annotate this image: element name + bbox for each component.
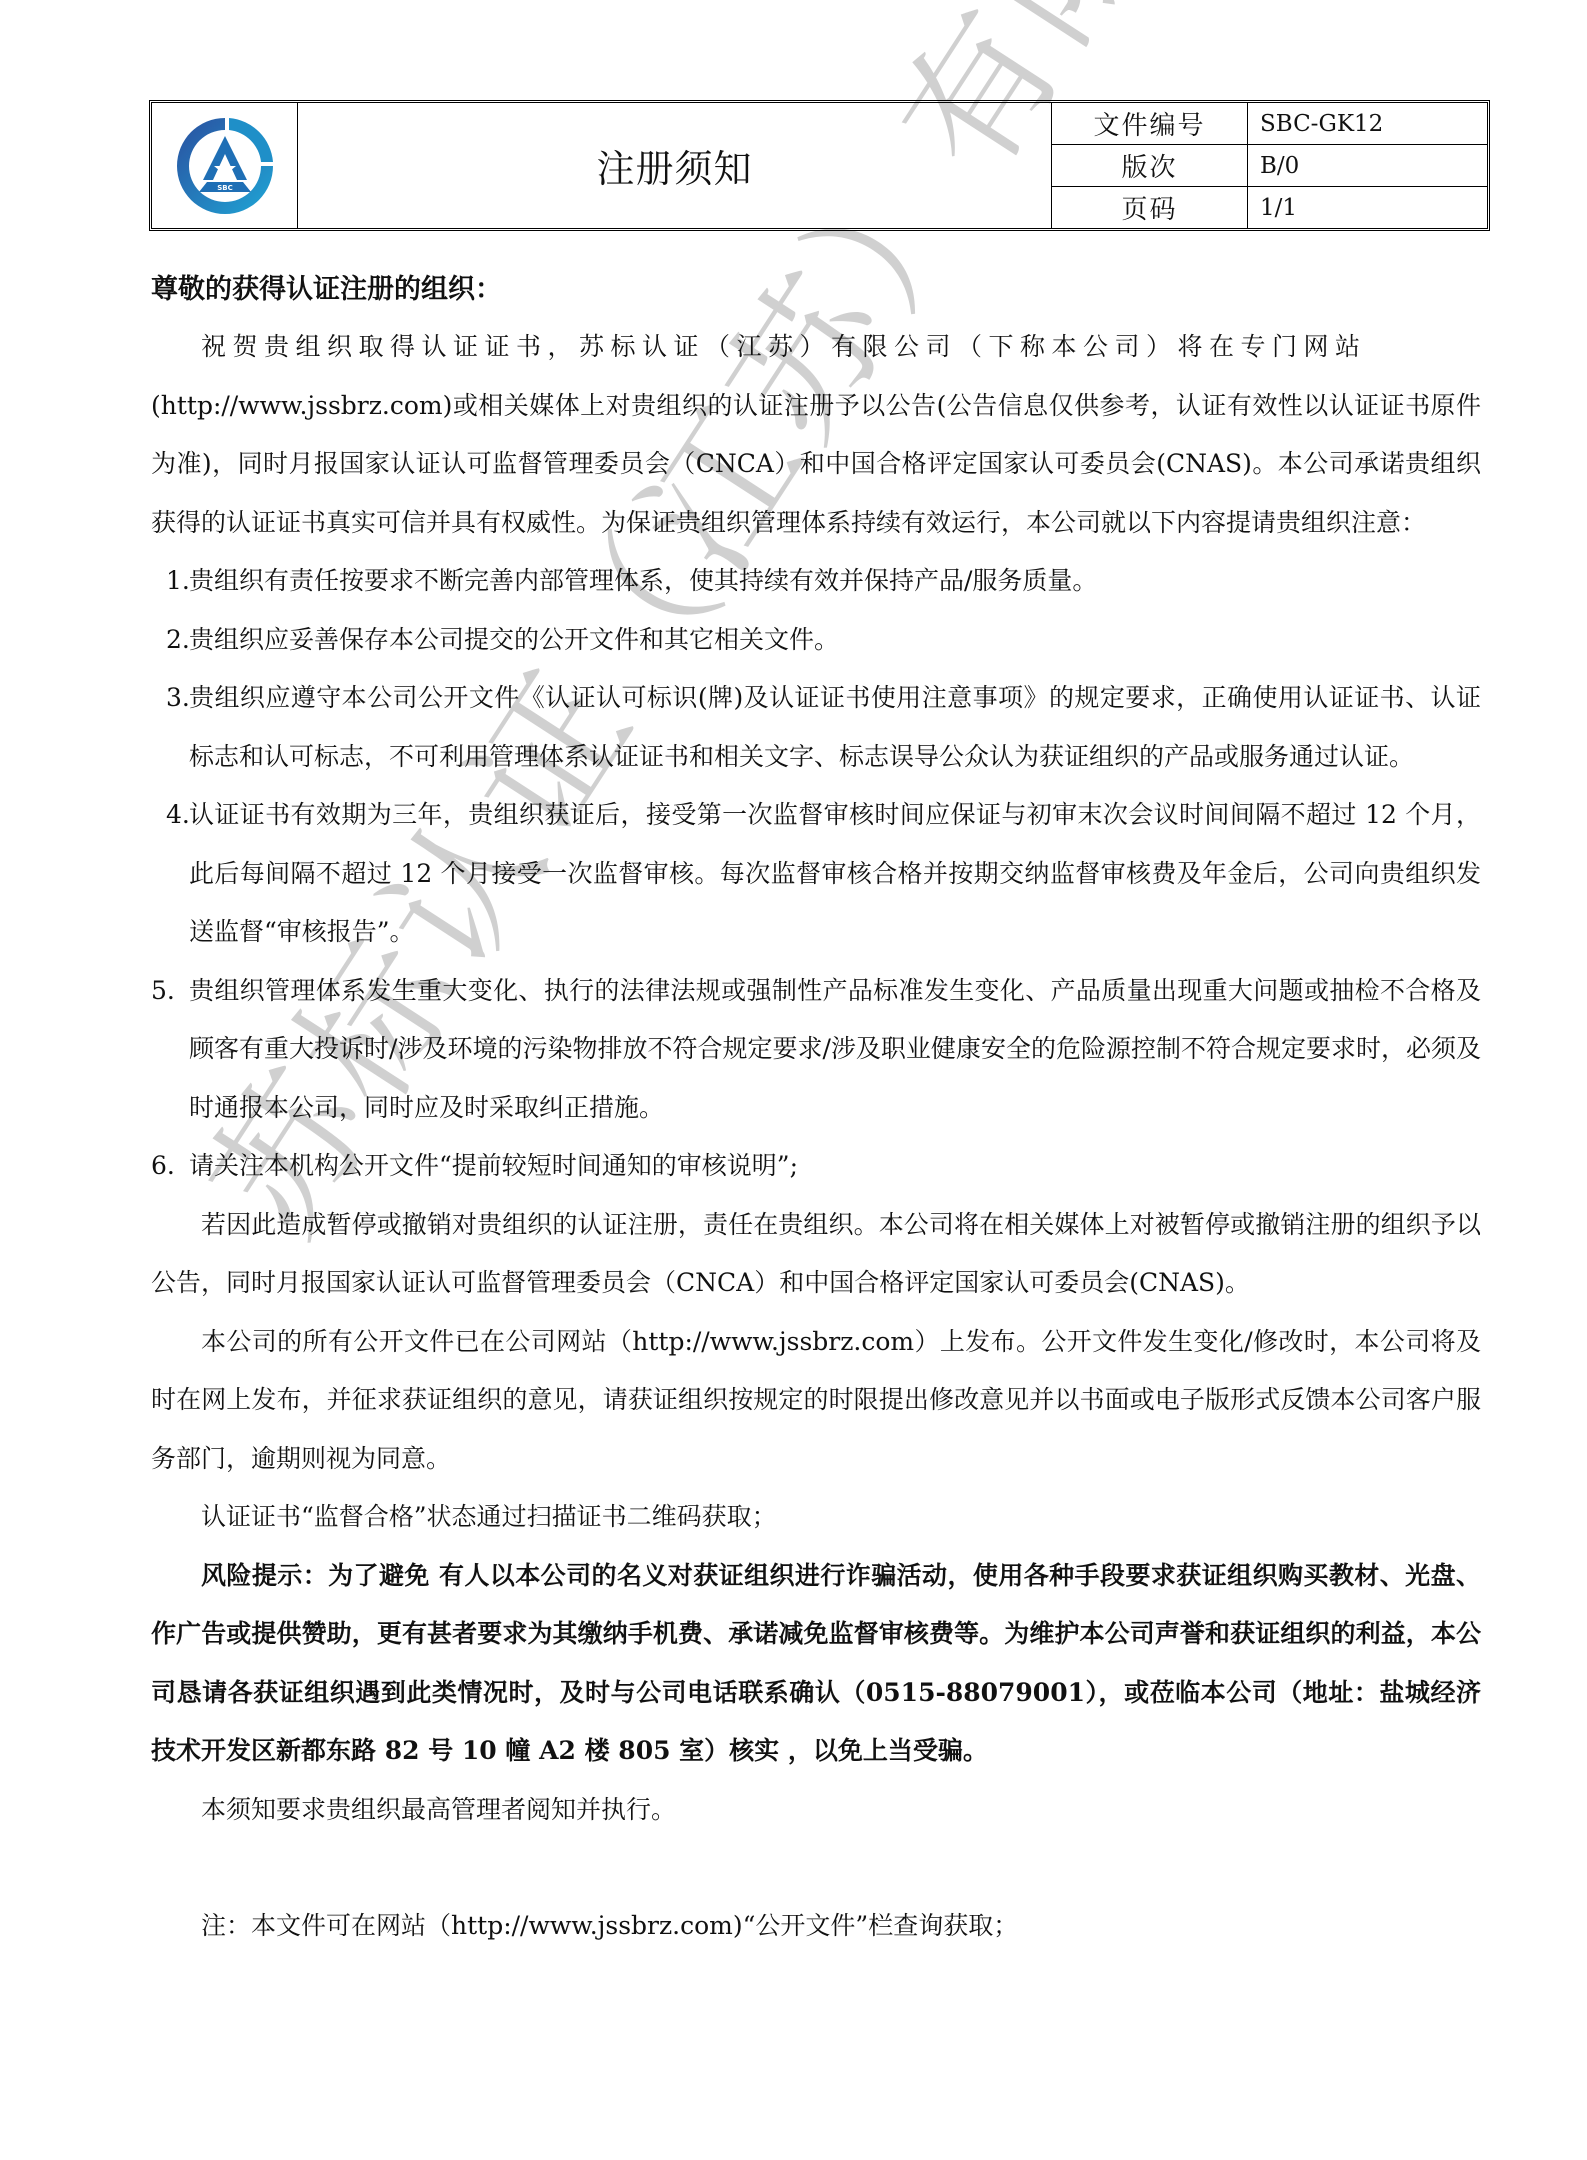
meta-value: 1/1: [1248, 187, 1487, 228]
meta-value: B/0: [1248, 145, 1487, 186]
list-item: 1. 贵组织有责任按要求不断完善内部管理体系，使其持续有效并保持产品/服务质量。: [151, 552, 1481, 611]
document-page: 苏标认证（江苏）有限公司 SBC 注册须知 文件编号: [0, 0, 1587, 2160]
document-title: 注册须知: [298, 103, 1052, 228]
suspension-paragraph: 若因此造成暂停或撤销对贵组织的认证注册，责任在贵组织。本公司将在相关媒体上对被暂…: [151, 1196, 1481, 1313]
meta-row-doc-number: 文件编号 SBC-GK12: [1052, 103, 1487, 145]
intro-paragraph: (http://www.jssbrz.com)或相关媒体上对贵组织的认证注册予以…: [151, 377, 1481, 553]
risk-warning-paragraph: 风险提示：为了避免 有人以本公司的名义对获证组织进行诈骗活动，使用各种手段要求获…: [151, 1547, 1481, 1781]
meta-label: 页码: [1052, 187, 1248, 228]
document-body: 尊敬的获得认证注册的组织： 祝贺贵组织取得认证证书，苏标认证（江苏）有限公司（下…: [151, 262, 1481, 1956]
list-item: 4. 认证证书有效期为三年，贵组织获证后，接受第一次监督审核时间应保证与初审末次…: [151, 786, 1481, 962]
list-text: 请关注本机构公开文件“提前较短时间通知的审核说明”;: [189, 1151, 798, 1180]
document-header-table: SBC 注册须知 文件编号 SBC-GK12 版次 B/0 页码 1/1: [149, 100, 1490, 231]
note-paragraph: 注：本文件可在网站（http://www.jssbrz.com)“公开文件”栏查…: [151, 1897, 1481, 1956]
meta-label: 文件编号: [1052, 103, 1248, 144]
list-item: 2. 贵组织应妥善保存本公司提交的公开文件和其它相关文件。: [151, 611, 1481, 670]
qr-status-paragraph: 认证证书“监督合格”状态通过扫描证书二维码获取；: [151, 1488, 1481, 1547]
greeting: 尊敬的获得认证注册的组织：: [151, 262, 1481, 318]
document-meta: 文件编号 SBC-GK12 版次 B/0 页码 1/1: [1052, 103, 1487, 228]
list-item: 5. 贵组织管理体系发生重大变化、执行的法律法规或强制性产品标准发生变化、产品质…: [151, 962, 1481, 1138]
meta-row-version: 版次 B/0: [1052, 145, 1487, 187]
list-number: 2.: [166, 611, 190, 670]
list-text: 认证证书有效期为三年，贵组织获证后，接受第一次监督审核时间应保证与初审末次会议时…: [189, 800, 1481, 946]
intro-first-line: 祝贺贵组织取得认证证书，苏标认证（江苏）有限公司（下称本公司）将在专门网站: [151, 318, 1481, 377]
meta-label: 版次: [1052, 145, 1248, 186]
list-text: 贵组织有责任按要求不断完善内部管理体系，使其持续有效并保持产品/服务质量。: [189, 566, 1097, 595]
closing-paragraph: 本须知要求贵组织最高管理者阅知并执行。: [151, 1781, 1481, 1840]
meta-row-page: 页码 1/1: [1052, 187, 1487, 228]
logo-cell: SBC: [152, 103, 298, 228]
list-item: 3. 贵组织应遵守本公司公开文件《认证认可标识(牌)及认证证书使用注意事项》的规…: [151, 669, 1481, 786]
meta-value: SBC-GK12: [1248, 103, 1487, 144]
list-number: 6.: [151, 1137, 175, 1196]
list-text: 贵组织应妥善保存本公司提交的公开文件和其它相关文件。: [189, 625, 839, 654]
list-text: 贵组织应遵守本公司公开文件《认证认可标识(牌)及认证证书使用注意事项》的规定要求…: [189, 683, 1481, 771]
list-item: 6. 请关注本机构公开文件“提前较短时间通知的审核说明”;: [151, 1137, 1481, 1196]
list-number: 1.: [166, 552, 190, 611]
svg-text:SBC: SBC: [217, 184, 233, 192]
sbc-logo-icon: SBC: [173, 114, 277, 218]
list-text: 贵组织管理体系发生重大变化、执行的法律法规或强制性产品标准发生变化、产品质量出现…: [189, 976, 1481, 1122]
public-docs-paragraph: 本公司的所有公开文件已在公司网站（http://www.jssbrz.com）上…: [151, 1313, 1481, 1489]
list-number: 5.: [151, 962, 175, 1021]
spacer: [151, 1839, 1481, 1897]
list-number: 3.: [166, 669, 190, 728]
list-number: 4.: [166, 786, 190, 845]
